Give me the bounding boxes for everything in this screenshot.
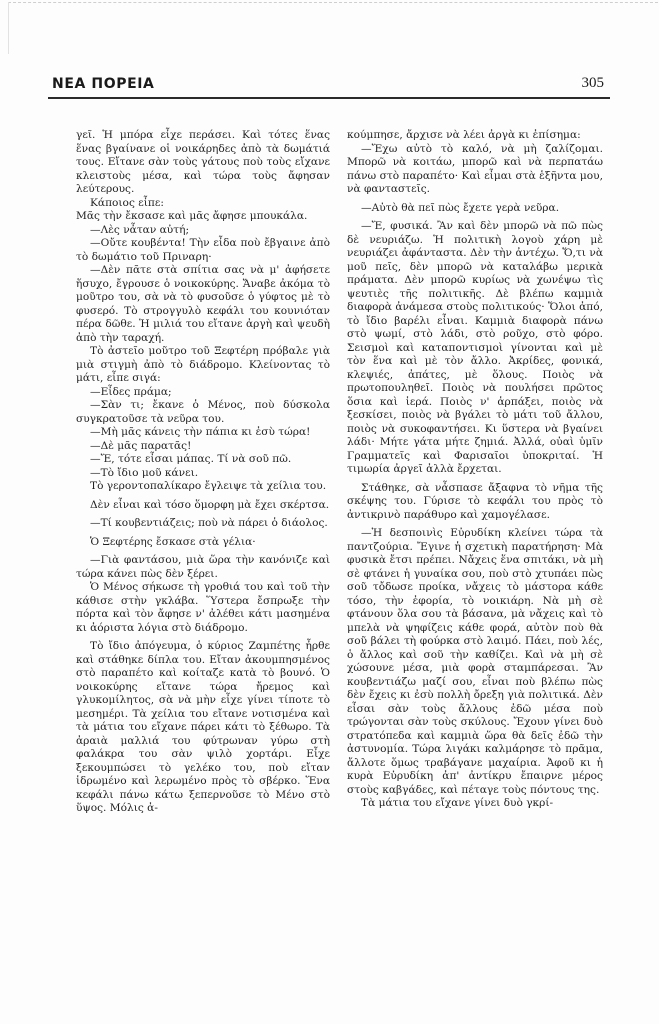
paragraph: Τὸ ἀστεῖο μοῦτρο τοῦ Ξεφτέρη πρόβαλε γιὰ…: [76, 345, 330, 386]
paragraph: —Οὔτε κουβέντα! Τὴν εἶδα ποὺ ἔβγαινε ἀπὸ…: [76, 237, 330, 264]
paragraph: —Γιὰ φαντάσου, μιὰ ὥρα τὴν κανόνιζε καὶ …: [76, 554, 330, 581]
paragraph: κούμπησε, ἄρχισε νὰ λέει ἀργὰ κι ἐπίσημα…: [347, 129, 603, 143]
scanned-page: ΝΕΑ ΠΟΡΕΙΑ 305 γεῖ. Ἡ μπόρα εἶχε περάσει…: [0, 0, 659, 1024]
paragraph: —Ἔ, φυσικά. Ἂν καὶ δὲν μπορῶ νὰ πῶ πὼς δ…: [347, 220, 603, 477]
paragraph: Ὁ Μένος σήκωσε τὴ γροθιά του καὶ τοῦ τὴν…: [76, 581, 330, 635]
paragraph: —Ἡ δεσποινὶς Εὐρυδίκη κλείνει τώρα τὰ πα…: [347, 527, 603, 797]
paragraph: —Μὴ μᾶς κάνεις τὴν πάπια κι ἐσὺ τώρα!: [76, 426, 330, 440]
paragraph: —Σὰν τι; ἔκανε ὁ Μένος, ποὺ δύσκολα συγκ…: [76, 399, 330, 426]
header-rule: [48, 97, 610, 99]
scan-edge: [8, 2, 9, 54]
paragraph: Στάθηκε, σὰ νἆσπασε ἄξαφνα τὸ νῆμα τῆς σ…: [347, 482, 603, 523]
paragraph: Δὲν εἶναι καὶ τόσο ὅμορφη μὰ ἔχει σκέρτσ…: [76, 499, 330, 513]
paragraph: Κάποιος εἶπε:: [76, 197, 330, 211]
page-number: 305: [582, 75, 605, 92]
paragraph: Τὸ γεροντοπαλίκαρο ἔγλειψε τὰ χείλια του…: [76, 480, 330, 494]
paragraph: —Αὐτὸ θὰ πεῖ πὼς ἔχετε γερὰ νεῦρα.: [347, 202, 603, 216]
right-text-column: κούμπησε, ἄρχισε νὰ λέει ἀργὰ κι ἐπίσημα…: [347, 129, 603, 811]
paragraph: —Δὲν πᾶτε στὰ σπίτια σας νὰ μ' ἀφήσετε ἥ…: [76, 264, 330, 345]
paragraph: —Εἶδες πράμα;: [76, 386, 330, 400]
paragraph: —Ἔχω αὐτὸ τὸ καλό, νὰ μὴ ζαλίζομαι. Μπορ…: [347, 143, 603, 197]
scan-edge: [8, 2, 658, 3]
paragraph: γεῖ. Ἡ μπόρα εἶχε περάσει. Καὶ τότες ἕνα…: [76, 129, 330, 197]
paragraph: —Ἔ, τότε εἶσαι μάπας. Τί νὰ σοῦ πῶ.: [76, 453, 330, 467]
paragraph: —Λὲς νἆταν αὐτή;: [76, 224, 330, 238]
journal-title: ΝΕΑ ΠΟΡΕΙΑ: [52, 76, 154, 92]
paragraph: Μᾶς τὴν ἔκσασε καὶ μᾶς ἄφησε μπουκάλα.: [76, 210, 330, 224]
paragraph: Τὸ ἴδιο ἀπόγευμα, ὁ κύριος Ζαμπέτης ἦρθε…: [76, 640, 330, 816]
paragraph: —Τὸ ἴδιο μοῦ κάνει.: [76, 467, 330, 481]
paragraph: Τὰ μάτια του εἴχανε γίνει δυὸ γκρί-: [347, 797, 603, 811]
left-text-column: γεῖ. Ἡ μπόρα εἶχε περάσει. Καὶ τότες ἕνα…: [76, 129, 330, 816]
running-head: ΝΕΑ ΠΟΡΕΙΑ 305: [48, 76, 610, 96]
paragraph: —Τί κουβεντιάζεις; ποὺ νὰ πάρει ὁ διάολο…: [76, 517, 330, 531]
paragraph: Ὁ Ξεφτέρης ἔσκασε στὰ γέλια·: [76, 536, 330, 550]
paragraph: —Δὲ μᾶς παρατᾶς!: [76, 440, 330, 454]
